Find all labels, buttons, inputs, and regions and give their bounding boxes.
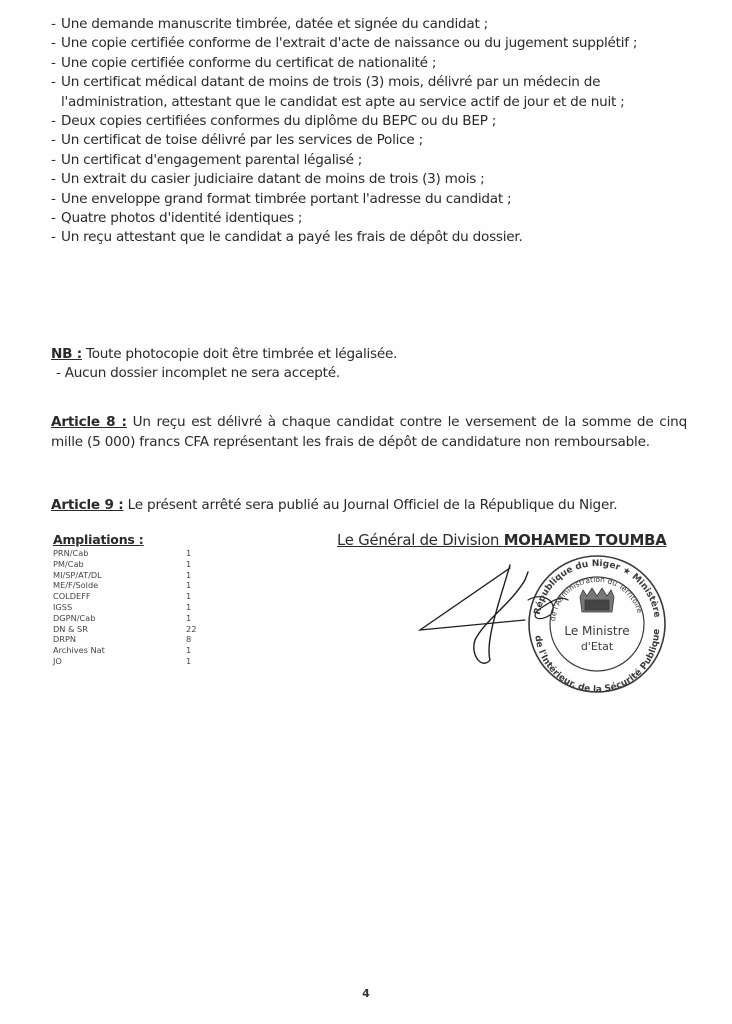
ampliation-row: ME/F/Solde1 xyxy=(53,580,253,591)
ampliation-count: 1 xyxy=(186,559,216,570)
nb-label: NB : xyxy=(51,346,82,362)
signatory-line: Le Général de Division MOHAMED TOUMBA xyxy=(337,532,667,549)
requirement-text: Quatre photos d'identité identiques ; xyxy=(61,210,302,226)
official-stamp-icon: République du Niger ★ Ministère de l'Int… xyxy=(525,552,670,697)
ampliation-count: 1 xyxy=(186,591,216,602)
ampliation-row: DN & SR22 xyxy=(53,624,253,635)
requirements-list: -Une demande manuscrite timbrée, datée e… xyxy=(51,15,701,248)
ampliation-row: DRPN8 xyxy=(53,634,253,645)
ampliation-recipient: DGPN/Cab xyxy=(53,613,186,624)
bullet-dash: - xyxy=(51,112,61,131)
requirement-item: -Un certificat de toise délivré par les … xyxy=(51,131,701,150)
requirement-item: -Quatre photos d'identité identiques ; xyxy=(51,209,701,228)
requirement-text: Une copie certifiée conforme du certific… xyxy=(61,55,436,71)
article-9-text: Le présent arrêté sera publié au Journal… xyxy=(123,497,617,513)
article-8: Article 8 : Un reçu est délivré à chaque… xyxy=(51,413,687,453)
ampliations-block: Ampliations : PRN/Cab1PM/Cab1MI/SP/AT/DL… xyxy=(53,532,253,667)
requirement-text: Un extrait du casier judiciaire datant d… xyxy=(61,171,485,187)
nb-subnote: - Aucun dossier incomplet ne sera accept… xyxy=(51,364,701,383)
bullet-dash: - xyxy=(51,151,61,170)
ampliation-recipient: MI/SP/AT/DL xyxy=(53,570,186,581)
bullet-dash: - xyxy=(51,15,61,34)
ampliation-recipient: Archives Nat xyxy=(53,645,186,656)
svg-text:d'Etat: d'Etat xyxy=(581,640,614,653)
bullet-dash: - xyxy=(51,131,61,150)
requirement-item: -Deux copies certifiées conformes du dip… xyxy=(51,112,701,131)
ampliation-recipient: IGSS xyxy=(53,602,186,613)
requirement-item: -Un certificat d'engagement parental lég… xyxy=(51,151,701,170)
ampliation-count: 1 xyxy=(186,602,216,613)
requirement-text: Deux copies certifiées conformes du dipl… xyxy=(61,113,496,129)
ampliation-count: 1 xyxy=(186,645,216,656)
ampliation-row: PM/Cab1 xyxy=(53,559,253,570)
ampliation-row: DGPN/Cab1 xyxy=(53,613,253,624)
requirement-text: Une copie certifiée conforme de l'extrai… xyxy=(61,35,637,51)
ampliation-count: 22 xyxy=(186,624,216,635)
requirement-item: -Une demande manuscrite timbrée, datée e… xyxy=(51,15,701,34)
requirement-item: -Une enveloppe grand format timbrée port… xyxy=(51,190,701,209)
ampliation-recipient: JO xyxy=(53,656,186,667)
requirement-text: Une enveloppe grand format timbrée porta… xyxy=(61,191,511,207)
ampliation-recipient: COLDEFF xyxy=(53,591,186,602)
ampliation-row: COLDEFF1 xyxy=(53,591,253,602)
article-8-text: Un reçu est délivré à chaque candidat co… xyxy=(51,414,687,450)
requirement-item: -Une copie certifiée conforme du certifi… xyxy=(51,54,701,73)
bullet-dash: - xyxy=(51,228,61,247)
ampliations-title: Ampliations : xyxy=(53,532,253,547)
article-9-label: Article 9 : xyxy=(51,497,123,513)
requirement-text: Un certificat médical datant de moins de… xyxy=(61,74,624,109)
requirement-item: -Un reçu attestant que le candidat a pay… xyxy=(51,228,701,247)
ampliation-count: 1 xyxy=(186,580,216,591)
signatory-name: MOHAMED TOUMBA xyxy=(504,532,667,549)
ampliation-count: 1 xyxy=(186,613,216,624)
requirement-item: -Un certificat médical datant de moins d… xyxy=(51,73,701,112)
signatory-title: Le Général de Division xyxy=(337,532,504,549)
ampliation-row: JO1 xyxy=(53,656,253,667)
article-9: Article 9 : Le présent arrêté sera publi… xyxy=(51,496,687,516)
ampliation-recipient: PM/Cab xyxy=(53,559,186,570)
ampliation-row: IGSS1 xyxy=(53,602,253,613)
ampliation-row: Archives Nat1 xyxy=(53,645,253,656)
nb-note: NB : Toute photocopie doit être timbrée … xyxy=(51,345,701,384)
ampliation-count: 8 xyxy=(186,634,216,645)
ampliation-count: 1 xyxy=(186,570,216,581)
ampliations-list: PRN/Cab1PM/Cab1MI/SP/AT/DL1ME/F/Solde1CO… xyxy=(53,548,253,667)
article-8-label: Article 8 : xyxy=(51,414,127,430)
svg-text:Le Ministre: Le Ministre xyxy=(564,624,629,638)
bullet-dash: - xyxy=(51,73,61,92)
requirement-item: -Un extrait du casier judiciaire datant … xyxy=(51,170,701,189)
ampliation-row: MI/SP/AT/DL1 xyxy=(53,570,253,581)
bullet-dash: - xyxy=(51,190,61,209)
document-page: -Une demande manuscrite timbrée, datée e… xyxy=(0,0,732,1024)
nb-text: Toute photocopie doit être timbrée et lé… xyxy=(82,346,397,362)
bullet-dash: - xyxy=(51,54,61,73)
ampliation-count: 1 xyxy=(186,656,216,667)
ampliation-recipient: PRN/Cab xyxy=(53,548,186,559)
requirement-text: Une demande manuscrite timbrée, datée et… xyxy=(61,16,488,32)
requirement-text: Un certificat de toise délivré par les s… xyxy=(61,132,423,148)
bullet-dash: - xyxy=(51,34,61,53)
requirement-text: Un reçu attestant que le candidat a payé… xyxy=(61,229,523,245)
ampliation-recipient: DRPN xyxy=(53,634,186,645)
bullet-dash: - xyxy=(51,170,61,189)
requirement-text: Un certificat d'engagement parental léga… xyxy=(61,152,362,168)
ampliation-count: 1 xyxy=(186,548,216,559)
requirement-item: -Une copie certifiée conforme de l'extra… xyxy=(51,34,701,53)
ampliation-recipient: DN & SR xyxy=(53,624,186,635)
ampliation-recipient: ME/F/Solde xyxy=(53,580,186,591)
page-number: 4 xyxy=(0,987,732,1000)
ampliation-row: PRN/Cab1 xyxy=(53,548,253,559)
bullet-dash: - xyxy=(51,209,61,228)
